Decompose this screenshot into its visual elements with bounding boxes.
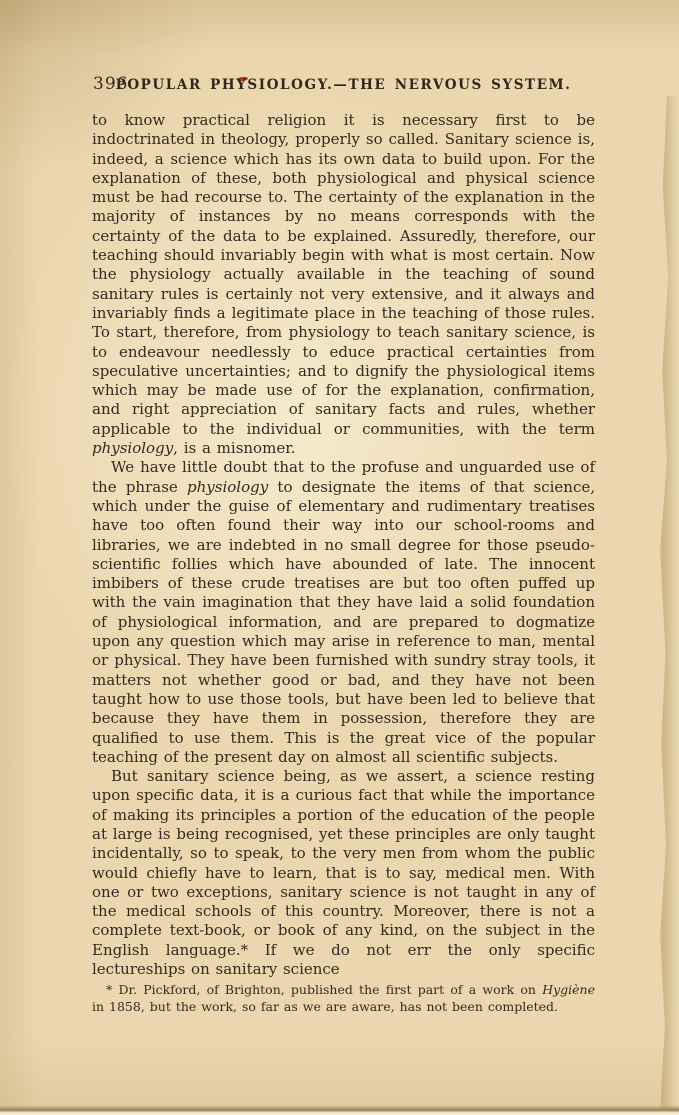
- footnote: * Dr. Pickford, of Brighton, published t…: [92, 982, 595, 1016]
- body-text: to know practical religion it is necessa…: [92, 111, 595, 979]
- text-segment: in 1858, but the work, so far as we are …: [92, 999, 558, 1014]
- page-header: 396 POPULAR PHYSIOLOGY.—THE NERVOUS SYST…: [92, 74, 595, 96]
- torn-page-edge: [652, 96, 679, 1108]
- scanned-book-page: 396 POPULAR PHYSIOLOGY.—THE NERVOUS SYST…: [0, 0, 679, 1115]
- page-number: 396: [93, 74, 128, 94]
- italic-text: physiology: [187, 478, 268, 496]
- paragraph: to know practical religion it is necessa…: [92, 111, 595, 458]
- text-segment: * Dr. Pickford, of Brighton, published t…: [106, 982, 542, 997]
- text-segment: , is a misnomer.: [173, 439, 295, 457]
- text-segment: But sanitary science being, as we assert…: [92, 767, 595, 978]
- italic-text: Hygiène: [542, 982, 595, 997]
- text-segment: to know practical religion it is necessa…: [92, 111, 595, 438]
- page-bottom-edge: [0, 1105, 679, 1115]
- page-content: 396 POPULAR PHYSIOLOGY.—THE NERVOUS SYST…: [92, 74, 595, 1028]
- paragraph: We have little doubt that to the profuse…: [92, 458, 595, 767]
- paragraph: But sanitary science being, as we assert…: [92, 767, 595, 979]
- text-segment: to designate the items of that science, …: [92, 478, 595, 766]
- running-title: POPULAR PHYSIOLOGY.—THE NERVOUS SYSTEM.: [92, 74, 595, 93]
- italic-text: physiology: [92, 439, 173, 457]
